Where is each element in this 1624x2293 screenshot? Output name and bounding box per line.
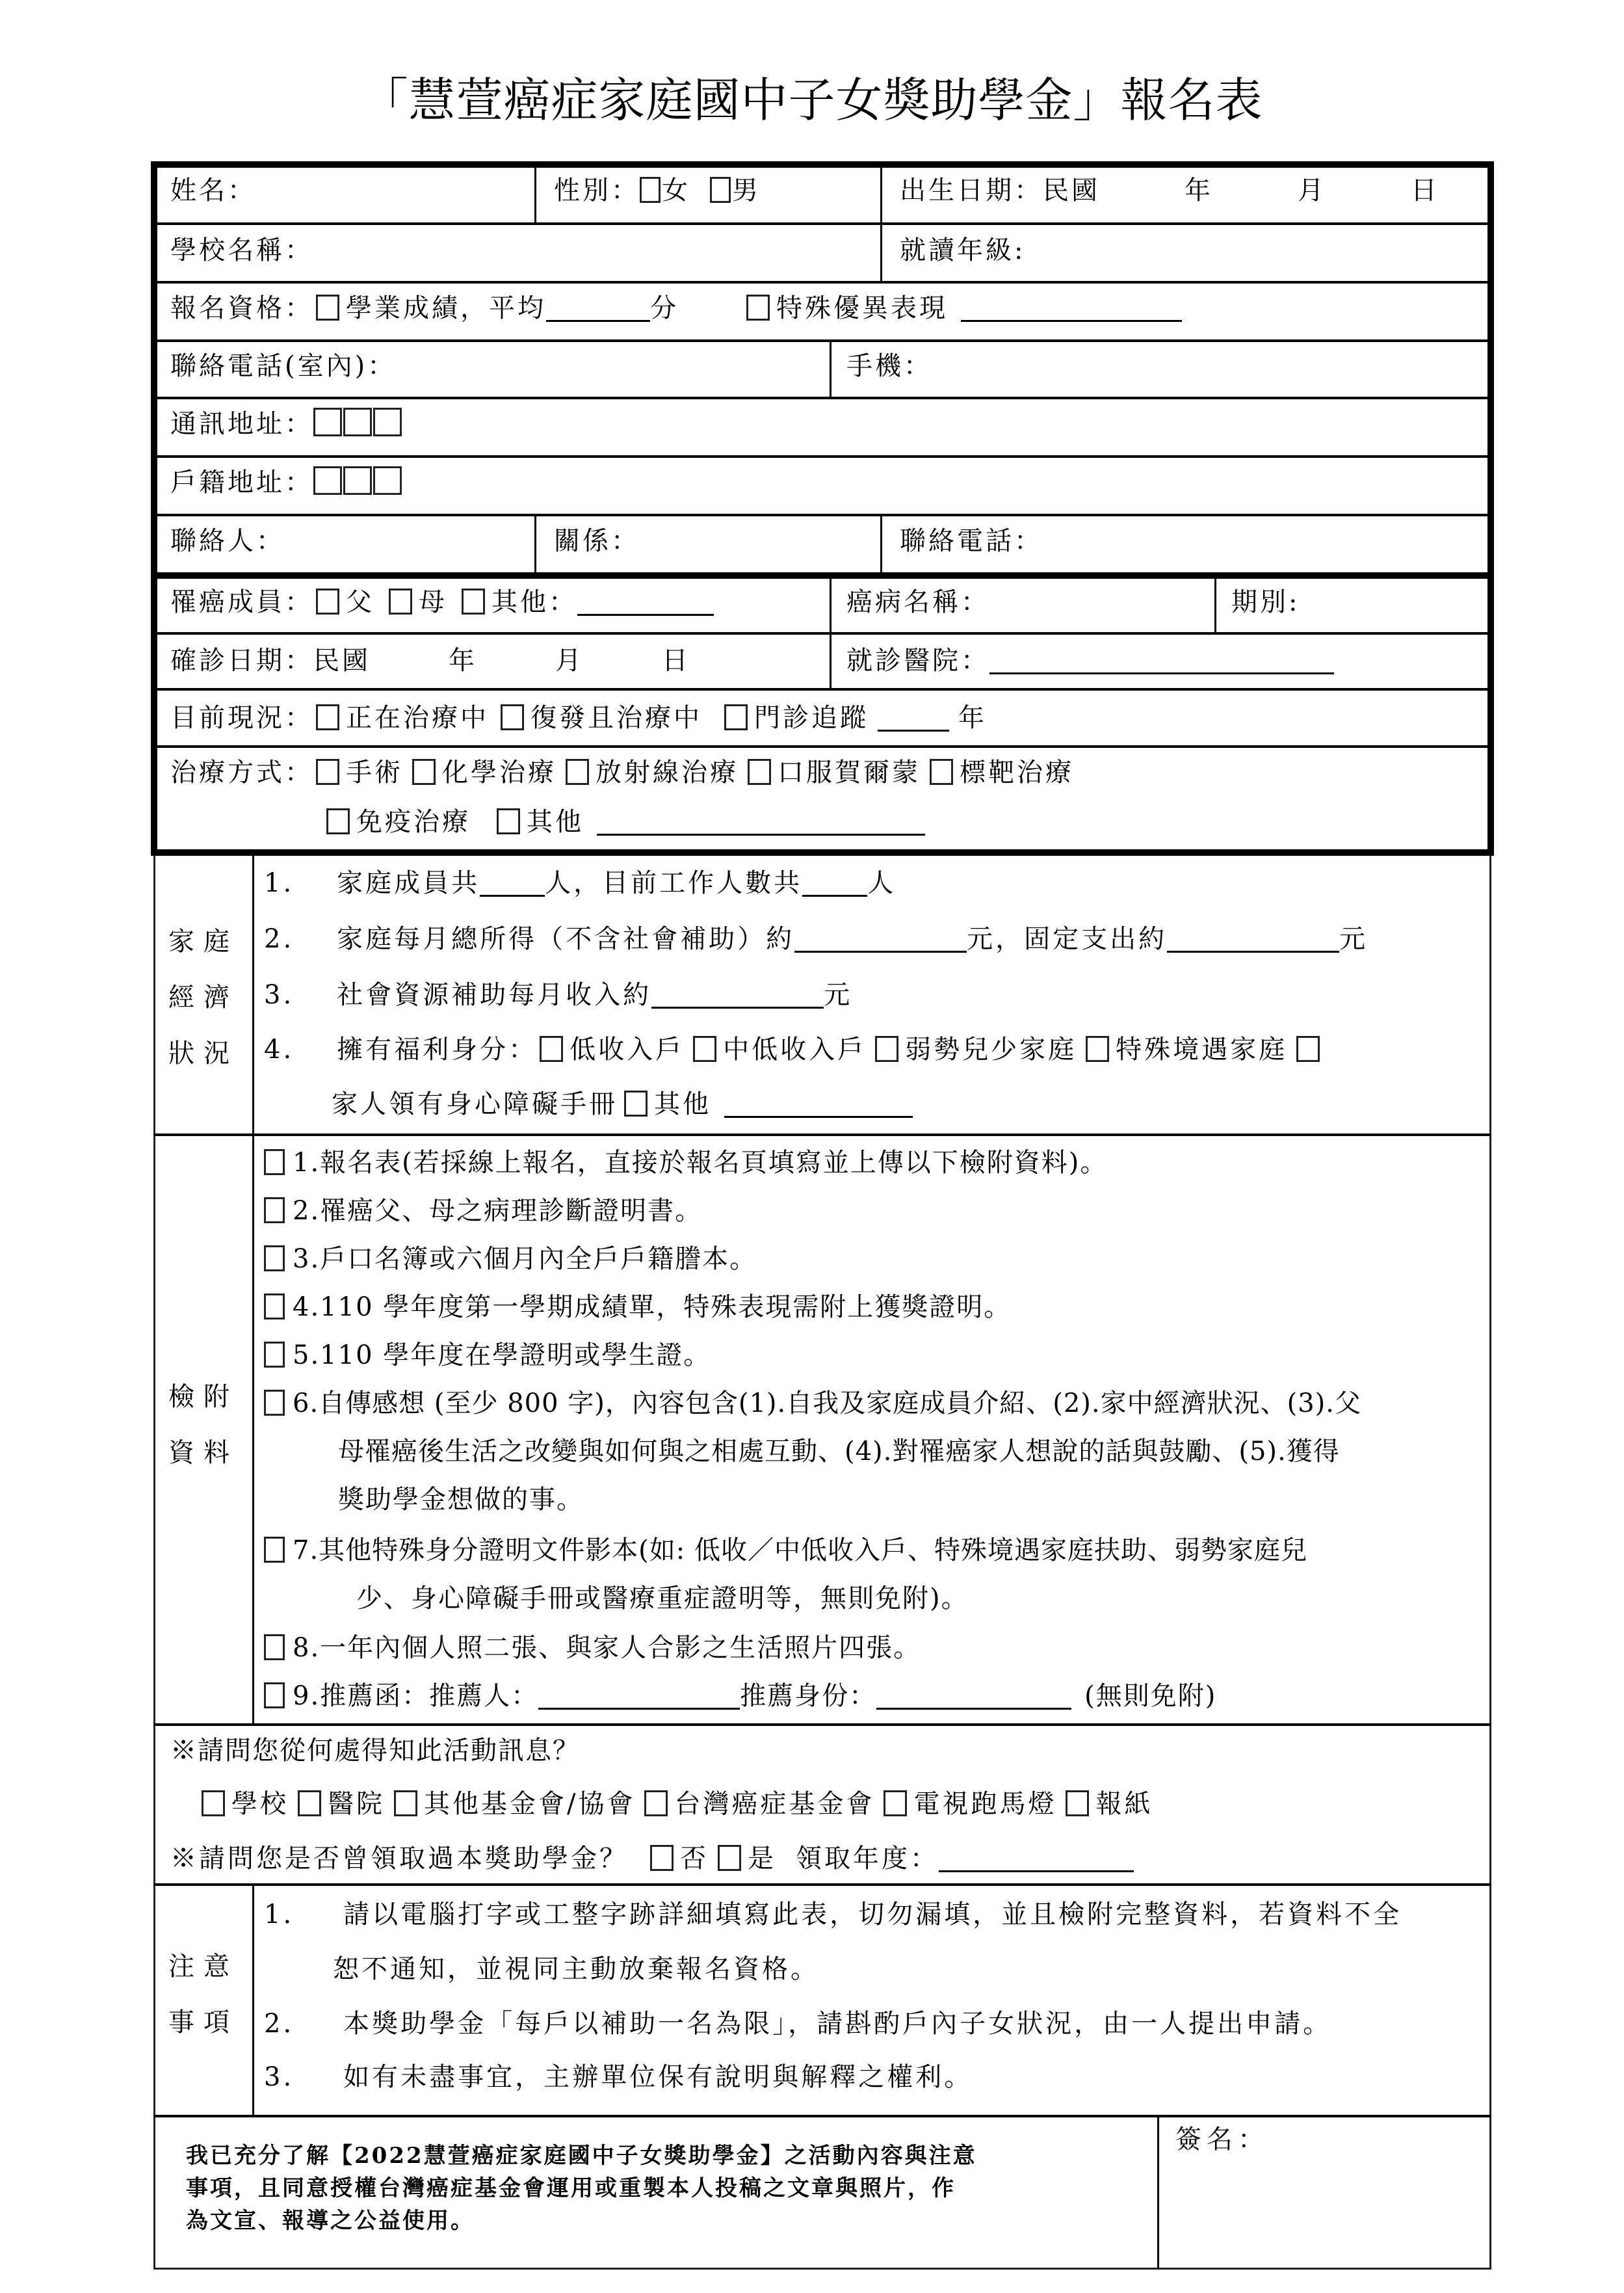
mailing-address-label: 通訊地址： xyxy=(170,409,313,439)
birth-date-label: 出生日期：民國 xyxy=(900,176,1100,205)
relation-label: 關係： xyxy=(554,526,640,556)
gender-female-label: 女 xyxy=(662,176,690,205)
checkbox-tcf[interactable] xyxy=(644,1790,668,1816)
eligibility-field: 報名資格：學業成績，平均分特殊優異表現 xyxy=(170,290,1182,326)
checkbox-mid-low-income[interactable] xyxy=(693,1036,716,1062)
name-field[interactable]: 姓名： xyxy=(170,172,256,209)
postal-box-1[interactable] xyxy=(313,408,342,436)
item-number: 3. xyxy=(264,2062,294,2092)
checkbox-disadvantaged-youth[interactable] xyxy=(875,1036,898,1062)
stage-label: 期別: xyxy=(1231,587,1300,617)
checkbox-low-income[interactable] xyxy=(540,1036,563,1062)
current-status-label: 目前現況： xyxy=(170,703,313,733)
attachment-item-6: 6.自傳感想 (至少 800 字)，內容包含(1).自我及家庭成員介紹、(2).… xyxy=(264,1385,1361,1422)
household-members-input[interactable] xyxy=(480,866,545,897)
fixed-expense-input[interactable] xyxy=(1167,922,1339,953)
social-subsidy-row: 3.社會資源補助每月收入約元 xyxy=(264,977,852,1013)
checkbox-academic[interactable] xyxy=(316,295,339,321)
checkbox-female[interactable] xyxy=(640,177,661,203)
checkbox-tv-ticker[interactable] xyxy=(884,1790,907,1816)
score-unit: 分 xyxy=(650,293,679,323)
home-phone-label: 聯絡電話(室內)： xyxy=(170,351,396,381)
consent-line-3: 為文宣、報導之公益使用。 xyxy=(186,2205,475,2237)
currency-unit: 元 xyxy=(824,980,852,1010)
social-subsidy-input[interactable] xyxy=(651,978,824,1009)
chemotherapy-label: 化學治療 xyxy=(442,758,557,788)
attachment-label: 4.110 學年度第一學期成績單，特殊表現需附上獲獎證明。 xyxy=(293,1292,1011,1322)
postal-box-3[interactable] xyxy=(373,408,402,436)
checkbox-yes[interactable] xyxy=(718,1845,741,1871)
diagnosis-day-unit: 日 xyxy=(662,646,690,676)
previous-recipient-label: ※請問您是否曾領取過本獎助學金？ xyxy=(170,1844,628,1874)
checkbox-radiotherapy[interactable] xyxy=(566,759,589,785)
attachment-label: 3.戶口名簿或六個月內全戶戶籍謄本。 xyxy=(293,1244,757,1274)
consent-line-2: 事項，且同意授權台灣癌症基金會運用或重製本人投稿之文章與照片，作 xyxy=(186,2172,956,2205)
checkbox-no[interactable] xyxy=(650,1845,674,1871)
followup-label: 門診追蹤 xyxy=(754,703,869,733)
low-income-label: 低收入戶 xyxy=(570,1035,684,1065)
attachment-item-8: 8.一年內個人照二張、與家人合影之生活照片四張。 xyxy=(264,1630,921,1666)
checkbox-other-foundation[interactable] xyxy=(394,1790,417,1816)
recommender-input[interactable] xyxy=(538,1679,740,1710)
in-treatment-label: 正在治療中 xyxy=(346,703,489,733)
household-members-label: 家庭成員共 xyxy=(337,868,480,898)
source-options: 學校醫院其他基金會/協會台灣癌症基金會電視跑馬燈報紙 xyxy=(199,1786,1153,1822)
recommender-identity-input[interactable] xyxy=(876,1679,1071,1710)
currency-unit: 元 xyxy=(1339,924,1368,954)
other-treatment-input[interactable] xyxy=(597,805,925,836)
attachment-item-7: 7.其他特殊身分證明文件影本(如: 低收／中低收入戶、特殊境遇家庭扶助、弱勢家庭… xyxy=(264,1532,1307,1569)
mid-low-income-label: 中低收入戶 xyxy=(723,1035,866,1065)
side-label-line: 注意 xyxy=(155,1948,252,1985)
working-members-label: 人，目前工作人數共 xyxy=(545,868,802,898)
source-hospital-label: 醫院 xyxy=(328,1789,385,1819)
postal-box-2[interactable] xyxy=(343,408,372,436)
mobile-field[interactable]: 手機： xyxy=(846,348,932,384)
treatment-method-field: 治療方式：手術化學治療放射線治療口服賀爾蒙標靶治療 xyxy=(170,754,1074,791)
checkbox-attachment-4[interactable] xyxy=(264,1293,285,1319)
note-2: 2.本獎助學金「每戶以補助一名為限」，請斟酌戶內子女狀況，由一人提出申請。 xyxy=(264,2006,1331,2042)
followup-years-input[interactable] xyxy=(878,701,949,732)
checkbox-chemotherapy[interactable] xyxy=(412,759,436,785)
checkbox-newspaper[interactable] xyxy=(1066,1790,1089,1816)
welfare-status-row: 4.擁有福利身分：低收入戶中低收入戶弱勢兒少家庭特殊境遇家庭 xyxy=(264,1031,1326,1068)
source-question: ※請問您從何處得知此活動訊息？ xyxy=(170,1732,580,1769)
relation-field[interactable]: 關係： xyxy=(554,523,640,559)
contact-phone-label: 聯絡電話： xyxy=(900,526,1043,556)
surgery-label: 手術 xyxy=(346,758,403,788)
checkbox-attachment-9[interactable] xyxy=(264,1682,285,1708)
birth-month-unit: 月 xyxy=(1298,176,1326,205)
other-member-label: 其他： xyxy=(491,587,577,617)
checkbox-special-circumstance[interactable] xyxy=(1086,1036,1109,1062)
attachment-item-2: 2.罹癌父、母之病理診斷證明書。 xyxy=(264,1193,702,1229)
side-label-line: 檢附 xyxy=(155,1379,252,1415)
postal-box-2[interactable] xyxy=(343,466,372,495)
checkbox-other-treatment[interactable] xyxy=(497,808,520,834)
checkbox-disability-handbook[interactable] xyxy=(1296,1036,1320,1062)
attachment-item-9: 9.推薦函：推薦人：推薦身份：(無則免附) xyxy=(264,1678,1216,1714)
gender-label: 性別： xyxy=(554,176,640,205)
checkbox-oral-hormone[interactable] xyxy=(748,759,771,785)
name-label: 姓名： xyxy=(170,176,256,205)
grade-label: 就讀年級: xyxy=(900,235,1025,265)
attachments-heading: 檢附 資料 xyxy=(155,1379,252,1471)
school-name-field[interactable]: 學校名稱： xyxy=(170,232,313,269)
contact-person-label: 聯絡人： xyxy=(170,526,285,556)
attachment-item-4: 4.110 學年度第一學期成績單，特殊表現需附上獲獎證明。 xyxy=(264,1289,1011,1325)
diagnosis-date-field[interactable]: 確診日期：民國年月日 xyxy=(170,643,690,679)
birth-day-unit: 日 xyxy=(1411,176,1439,205)
special-performance-input[interactable] xyxy=(961,291,1182,322)
attachment-item-5: 5.110 學年度在學證明或學生證。 xyxy=(264,1337,711,1373)
checkbox-immunotherapy[interactable] xyxy=(326,808,350,834)
attachment-label: 7.其他特殊身分證明文件影本(如: 低收／中低收入戶、特殊境遇家庭扶助、弱勢家庭… xyxy=(293,1535,1307,1565)
immunotherapy-label: 免疫治療 xyxy=(356,807,471,837)
attachment-item-7-line2: 少、身心障礙手冊或醫療重症證明等，無則免附)。 xyxy=(356,1580,969,1617)
attachment-label: 6.自傳感想 (至少 800 字)，內容包含(1).自我及家庭成員介紹、(2).… xyxy=(293,1388,1361,1418)
checkbox-attachment-5[interactable] xyxy=(264,1342,285,1368)
mobile-label: 手機： xyxy=(846,351,932,381)
attachment-label: 1.報名表(若採線上報名，直接於報名頁填寫並上傳以下檢附資料)。 xyxy=(293,1148,1107,1178)
checkbox-school[interactable] xyxy=(202,1790,225,1816)
monthly-income-label: 家庭每月總所得（不含社會補助）約 xyxy=(337,924,794,954)
grade-field[interactable]: 就讀年級: xyxy=(900,232,1025,269)
targeted-therapy-label: 標靶治療 xyxy=(960,758,1074,788)
checkbox-relapse[interactable] xyxy=(501,704,524,730)
signature-label: 簽名： xyxy=(1175,2125,1269,2154)
attachment-label: 2.罹癌父、母之病理診斷證明書。 xyxy=(293,1196,702,1226)
registered-address-field[interactable]: 戶籍地址： xyxy=(170,464,403,501)
checkbox-attachment-7[interactable] xyxy=(264,1537,285,1563)
checkbox-attachment-2[interactable] xyxy=(264,1197,285,1223)
special-performance-label: 特殊優異表現 xyxy=(776,293,948,323)
item-number: 2. xyxy=(264,924,294,954)
notes-heading: 注意 事項 xyxy=(155,1948,252,2041)
yes-label: 是 xyxy=(748,1844,776,1874)
postal-box-1[interactable] xyxy=(313,466,342,495)
disadvantaged-youth-label: 弱勢兒少家庭 xyxy=(905,1035,1077,1065)
disability-handbook-label: 家人領有身心障礙手冊 xyxy=(332,1089,618,1119)
diagnosis-date-label: 確診日期：民國 xyxy=(170,646,371,676)
side-label-line: 狀況 xyxy=(155,1035,252,1072)
hospital-label: 就診醫院： xyxy=(846,646,989,676)
welfare-status-row2: 家人領有身心障礙手冊其他 xyxy=(332,1086,913,1122)
relapse-label: 復發且治療中 xyxy=(530,703,702,733)
checkbox-attachment-6[interactable] xyxy=(264,1390,285,1416)
postal-box-3[interactable] xyxy=(373,466,402,495)
item-number: 1. xyxy=(264,1900,294,1929)
note-text: 本獎助學金「每戶以補助一名為限」，請斟酌戶內子女狀況，由一人提出申請。 xyxy=(343,2009,1331,2039)
fixed-expense-label: 元，固定支出約 xyxy=(967,924,1167,954)
source-tv-label: 電視跑馬燈 xyxy=(913,1789,1056,1819)
household-members-row: 1.家庭成員共人，目前工作人數共人 xyxy=(264,865,896,901)
item-number: 3. xyxy=(264,980,294,1010)
recommender-label: 9.推薦函：推薦人： xyxy=(293,1681,538,1711)
no-label: 否 xyxy=(680,1844,709,1874)
attachment-item-1: 1.報名表(若採線上報名，直接於報名頁填寫並上傳以下檢附資料)。 xyxy=(264,1145,1107,1181)
registered-address-label: 戶籍地址： xyxy=(170,468,313,497)
family-economy-heading: 家庭 經濟 狀況 xyxy=(155,923,252,1072)
side-label-line: 家庭 xyxy=(155,923,252,960)
checkbox-surgery[interactable] xyxy=(316,759,339,785)
checkbox-targeted-therapy[interactable] xyxy=(930,759,953,785)
contact-person-field[interactable]: 聯絡人： xyxy=(170,523,285,559)
welfare-status-label: 擁有福利身分： xyxy=(337,1035,537,1065)
note-1-line2: 恕不通知，並視同主動放棄報名資格。 xyxy=(333,1951,819,1987)
school-name-label: 學校名稱： xyxy=(170,235,313,265)
note-3: 3.如有未盡事宜，主辦單位保有說明與解釋之權利。 xyxy=(264,2059,973,2095)
monthly-income-input[interactable] xyxy=(794,922,967,953)
cancer-name-field[interactable]: 癌病名稱： xyxy=(846,584,989,620)
checkbox-other-welfare[interactable] xyxy=(624,1091,648,1117)
eligibility-label: 報名資格： xyxy=(170,293,313,323)
persons-unit: 人 xyxy=(867,868,896,898)
optional-note: (無則免附) xyxy=(1084,1681,1216,1711)
checkbox-hospital[interactable] xyxy=(298,1790,321,1816)
note-1: 1.請以電腦打字或工整字跡詳細填寫此表，切勿漏填，並且檢附完整資料，若資料不全 xyxy=(264,1896,1402,1933)
attachment-item-3: 3.戶口名簿或六個月內全戶戶籍謄本。 xyxy=(264,1241,757,1277)
attachment-item-6-line3: 獎助學金想做的事。 xyxy=(338,1481,584,1518)
contact-phone-field[interactable]: 聯絡電話： xyxy=(900,523,1043,559)
diagnosis-year-unit: 年 xyxy=(449,646,477,676)
side-label-line: 資料 xyxy=(155,1435,252,1471)
source-other-foundation-label: 其他基金會/協會 xyxy=(424,1789,635,1819)
side-label-line: 事項 xyxy=(155,2004,252,2041)
radiotherapy-label: 放射線治療 xyxy=(596,758,739,788)
working-members-input[interactable] xyxy=(802,866,867,897)
patient-member-label: 罹癌成員： xyxy=(170,587,313,617)
treatment-method-row2: 免疫治療其他 xyxy=(324,804,925,840)
cancer-name-label: 癌病名稱： xyxy=(846,587,989,617)
checkbox-attachment-1[interactable] xyxy=(264,1149,285,1175)
social-subsidy-label: 社會資源補助每月收入約 xyxy=(337,980,651,1010)
checkbox-other-member[interactable] xyxy=(462,589,485,615)
source-newspaper-label: 報紙 xyxy=(1095,1789,1153,1819)
attachment-item-6-line2: 母罹癌後生活之改變與如何與之相處互動、(4).對罹癌家人想說的話與鼓勵、(5).… xyxy=(338,1433,1340,1470)
current-status-field: 目前現況：正在治療中復發且治療中門診追蹤年 xyxy=(170,700,987,736)
checkbox-attachment-8[interactable] xyxy=(264,1634,285,1660)
note-text: 如有未盡事宜，主辦單位保有說明與解釋之權利。 xyxy=(343,2062,973,2092)
checkbox-male[interactable] xyxy=(710,177,731,203)
gender-male-label: 男 xyxy=(732,176,761,205)
years-unit: 年 xyxy=(958,703,987,733)
average-score-input[interactable] xyxy=(546,291,650,322)
recommender-identity-label: 推薦身份： xyxy=(740,1681,876,1711)
signature-field[interactable]: 簽名： xyxy=(1175,2121,1269,2158)
consent-line-1: 我已充分了解【2022慧萱癌症家庭國中子女獎助學金】之活動內容與注意 xyxy=(186,2140,977,2172)
item-number: 2. xyxy=(264,2009,294,2039)
special-circumstance-label: 特殊境遇家庭 xyxy=(1116,1035,1287,1065)
year-received-label: 領取年度： xyxy=(796,1844,939,1874)
father-label: 父 xyxy=(346,587,374,617)
patient-member-field: 罹癌成員：父母其他： xyxy=(170,584,714,620)
mailing-address-field[interactable]: 通訊地址： xyxy=(170,406,403,442)
academic-label: 學業成績，平均 xyxy=(346,293,546,323)
page-title: 「慧萱癌症家庭國中子女獎助學金」報名表 xyxy=(0,68,1624,133)
year-received-input[interactable] xyxy=(939,1842,1134,1872)
oral-hormone-label: 口服賀爾蒙 xyxy=(778,758,921,788)
checkbox-father[interactable] xyxy=(316,589,339,615)
attachment-label: 8.一年內個人照二張、與家人合影之生活照片四張。 xyxy=(293,1633,921,1663)
other-member-input[interactable] xyxy=(577,585,714,616)
side-label-line: 經濟 xyxy=(155,979,252,1016)
birth-year-unit: 年 xyxy=(1185,176,1213,205)
checkbox-attachment-3[interactable] xyxy=(264,1245,285,1271)
diagnosis-month-unit: 月 xyxy=(555,646,584,676)
checkbox-followup[interactable] xyxy=(724,704,748,730)
attachment-label: 5.110 學年度在學證明或學生證。 xyxy=(293,1340,711,1370)
hospital-field: 就診醫院： xyxy=(846,643,1334,679)
other-welfare-input[interactable] xyxy=(724,1087,913,1118)
source-tcf-label: 台灣癌症基金會 xyxy=(674,1789,874,1819)
monthly-income-row: 2.家庭每月總所得（不含社會補助）約元，固定支出約元 xyxy=(264,921,1368,957)
other-welfare-label: 其他 xyxy=(654,1089,711,1119)
checkbox-mother[interactable] xyxy=(389,589,412,615)
other-treatment-label: 其他 xyxy=(527,807,584,837)
home-phone-field[interactable]: 聯絡電話(室內)： xyxy=(170,348,396,384)
checkbox-in-treatment[interactable] xyxy=(316,704,339,730)
previous-recipient-question: ※請問您是否曾領取過本獎助學金？否是領取年度： xyxy=(170,1840,1134,1877)
birth-date-field[interactable]: 出生日期：民國年月日 xyxy=(900,172,1439,209)
mother-label: 母 xyxy=(419,587,447,617)
hospital-input[interactable] xyxy=(989,644,1334,674)
treatment-method-label: 治療方式： xyxy=(170,758,313,788)
note-text: 請以電腦打字或工整字跡詳細填寫此表，切勿漏填，並且檢附完整資料，若資料不全 xyxy=(343,1900,1402,1929)
item-number: 4. xyxy=(264,1035,294,1065)
item-number: 1. xyxy=(264,868,294,898)
stage-field[interactable]: 期別: xyxy=(1231,584,1300,620)
checkbox-special-performance[interactable] xyxy=(746,295,770,321)
source-school-label: 學校 xyxy=(231,1789,289,1819)
gender-field: 性別：女男 xyxy=(554,172,761,209)
